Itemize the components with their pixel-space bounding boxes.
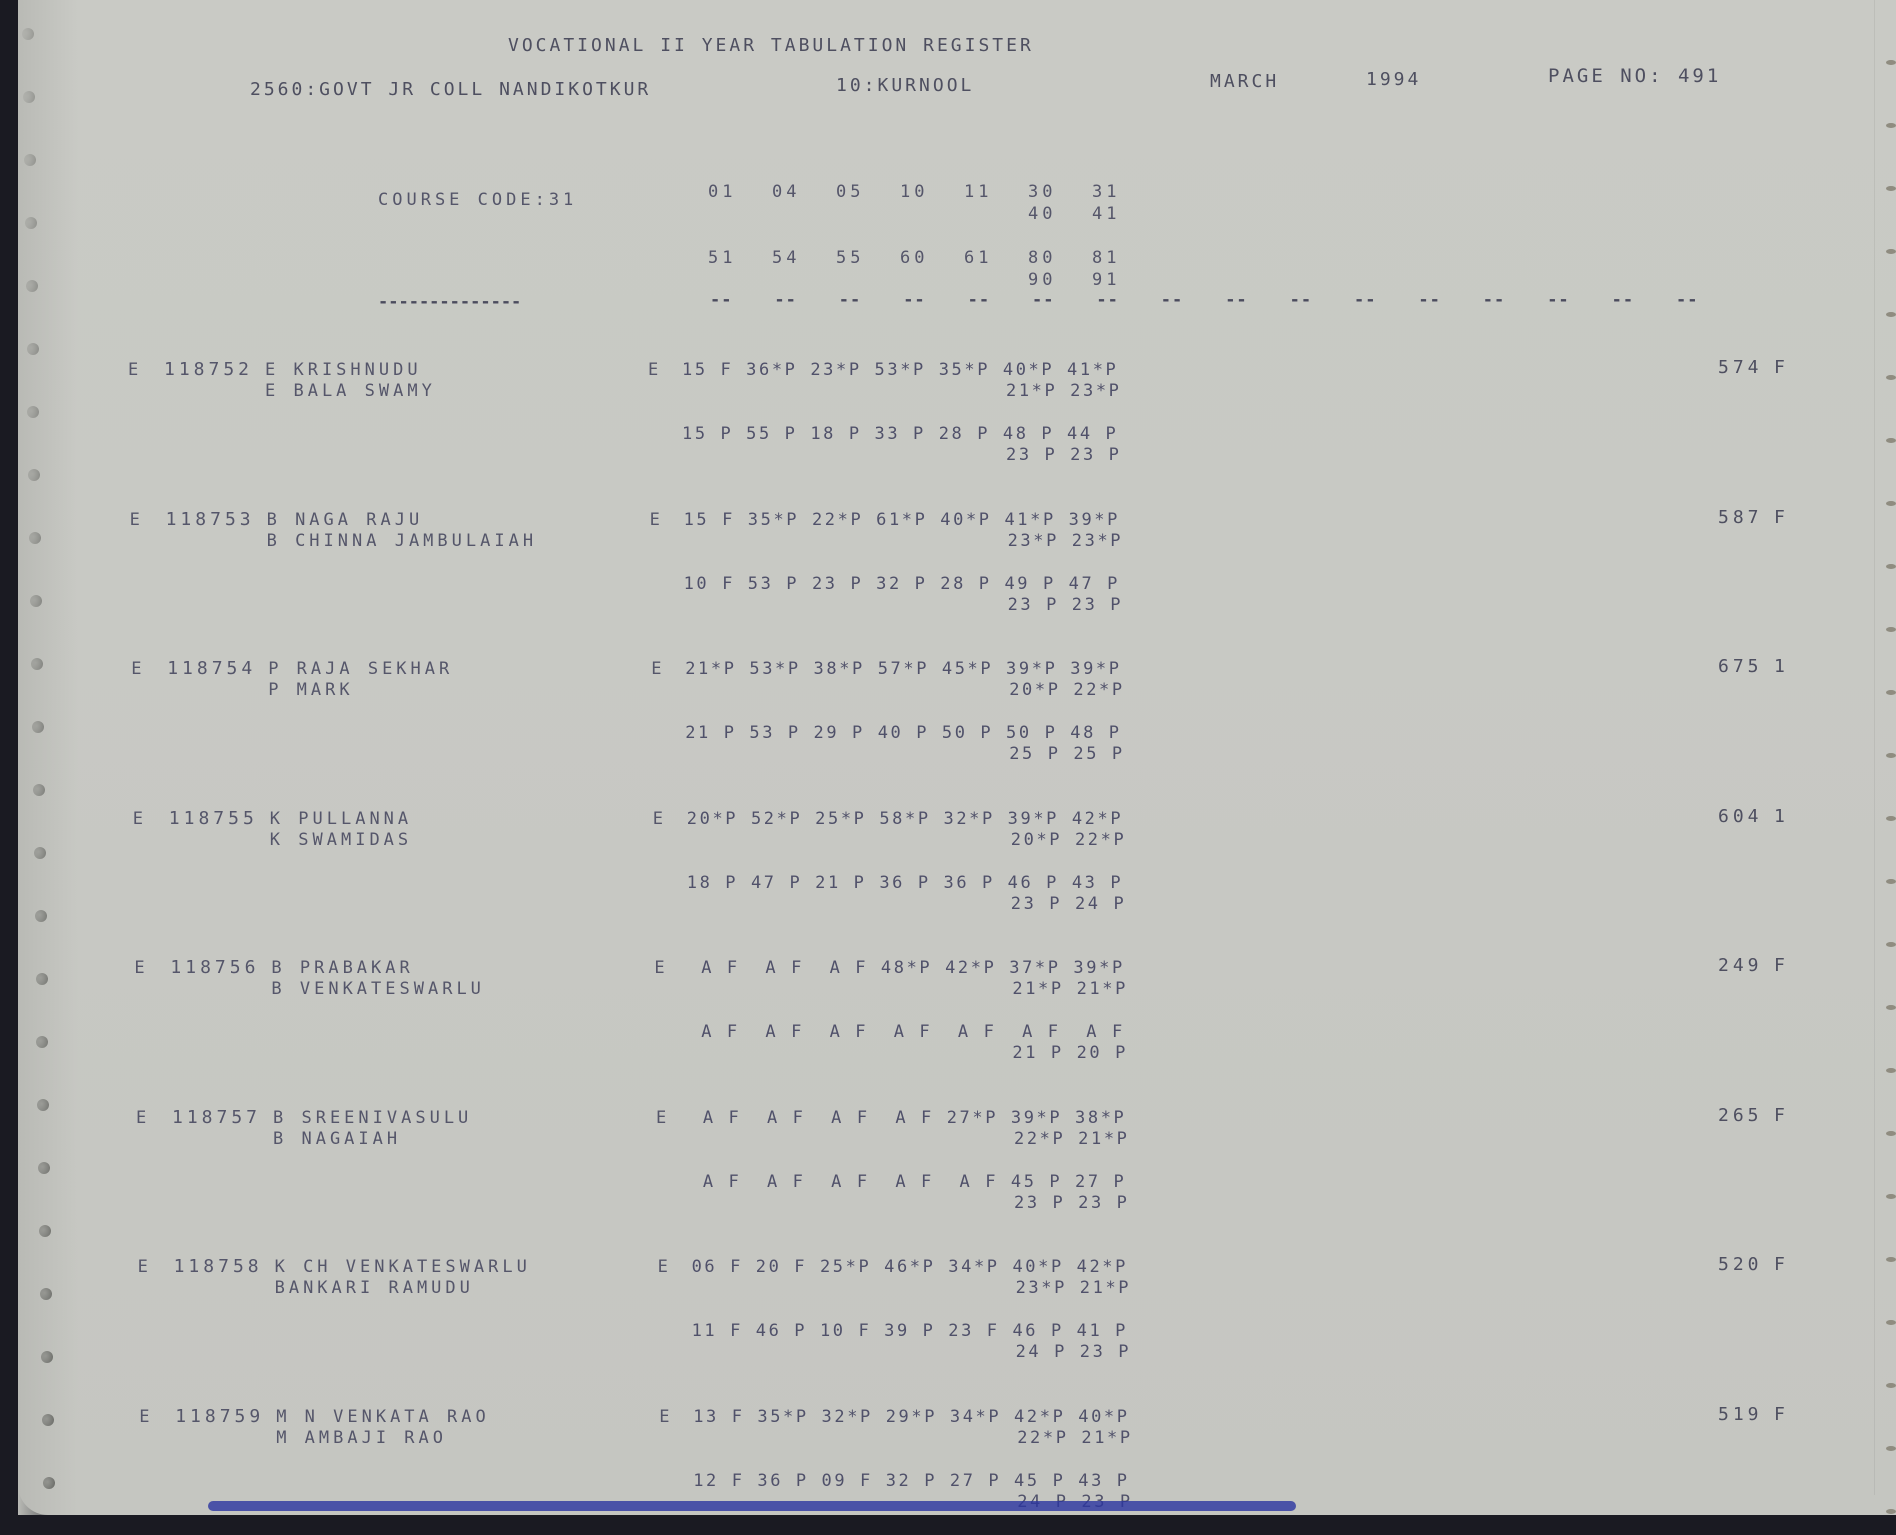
- stream-code: E: [658, 1257, 672, 1277]
- medium-code: E: [138, 1257, 152, 1277]
- feed-hole: [1886, 249, 1896, 254]
- column-divider: --: [774, 290, 796, 310]
- subject-code: 60: [900, 248, 928, 268]
- hall-ticket-number: 118759: [175, 1407, 264, 1427]
- feed-hole: [36, 1036, 48, 1048]
- father-name: P MARK: [268, 680, 353, 700]
- feed-hole: [40, 1288, 52, 1300]
- feed-hole: [35, 910, 47, 922]
- marks-line-1: 20*P 52*P 25*P 58*P 32*P 39*P 42*P: [687, 809, 1123, 829]
- candidate-name: B NAGA RAJU: [267, 510, 424, 530]
- feed-hole: [37, 1099, 49, 1111]
- subject-code: 51: [708, 248, 736, 268]
- feed-hole: [42, 1414, 54, 1426]
- marks-line-2: 12 F 36 P 09 F 32 P 27 P 45 P 43 P: [693, 1471, 1129, 1491]
- subject-code: 90: [1028, 270, 1056, 290]
- marks-line-1: 13 F 35*P 32*P 29*P 34*P 42*P 40*P: [693, 1407, 1129, 1427]
- stream-code: E: [651, 659, 665, 679]
- feed-hole: [28, 469, 40, 481]
- feed-hole: [1886, 879, 1896, 884]
- marks-line-1-extra: 23*P 21*P: [1016, 1278, 1132, 1298]
- subject-code: 01: [708, 182, 736, 202]
- medium-code: E: [130, 510, 144, 530]
- feed-hole: [1886, 564, 1896, 569]
- medium-code: E: [133, 809, 147, 829]
- marks-line-1-extra: 20*P 22*P: [1009, 680, 1125, 700]
- feed-hole: [1886, 1446, 1896, 1451]
- column-divider: --: [1096, 290, 1118, 310]
- total-marks: 249: [1718, 956, 1763, 976]
- feed-hole: [27, 406, 39, 418]
- result-code: 1: [1774, 657, 1789, 677]
- total-marks: 587: [1718, 508, 1763, 528]
- column-divider: --: [1547, 290, 1569, 310]
- column-divider: --: [968, 290, 990, 310]
- marks-line-2-extra: 23 P 23 P: [1014, 1193, 1130, 1213]
- total-marks: 265: [1718, 1106, 1763, 1126]
- exam-month: MARCH: [1210, 72, 1279, 92]
- marks-line-1: 15 F 36*P 23*P 53*P 35*P 40*P 41*P: [682, 360, 1118, 380]
- feed-hole: [43, 1477, 55, 1489]
- candidate-name: K CH VENKATESWARLU: [275, 1257, 531, 1277]
- candidate-name: P RAJA SEKHAR: [268, 659, 453, 679]
- marks-line-1-extra: 22*P 21*P: [1014, 1129, 1130, 1149]
- marks-line-2: 15 P 55 P 18 P 33 P 28 P 48 P 44 P: [682, 424, 1118, 444]
- candidate-name: K PULLANNA: [270, 809, 412, 829]
- column-divider: --: [710, 290, 732, 310]
- hall-ticket-number: 118752: [164, 360, 253, 380]
- feed-hole: [30, 595, 42, 607]
- register-title: VOCATIONAL II YEAR TABULATION REGISTER: [508, 36, 1034, 56]
- column-divider: --: [1676, 290, 1698, 310]
- hall-ticket-number: 118753: [166, 510, 255, 530]
- column-divider: --: [1418, 290, 1440, 310]
- medium-code: E: [131, 659, 145, 679]
- stream-code: E: [653, 809, 667, 829]
- candidate-name: B PRABAKAR: [271, 958, 413, 978]
- column-divider: --: [1032, 290, 1054, 310]
- result-code: F: [1774, 956, 1789, 976]
- marks-line-1: A F A F A F A F 27*P 39*P 38*P: [690, 1108, 1126, 1128]
- hall-ticket-number: 118754: [167, 659, 256, 679]
- marks-line-2: A F A F A F A F A F A F A F: [688, 1022, 1124, 1042]
- feed-hole: [38, 1162, 50, 1174]
- marks-line-1-extra: 21*P 21*P: [1012, 979, 1128, 999]
- marks-line-1: 06 F 20 F 25*P 46*P 34*P 40*P 42*P: [692, 1257, 1128, 1277]
- college-name: 2560:GOVT JR COLL NANDIKOTKUR: [250, 80, 651, 100]
- feed-hole: [1886, 186, 1896, 191]
- father-name: E BALA SWAMY: [265, 381, 436, 401]
- marks-line-2-extra: 21 P 20 P: [1012, 1043, 1128, 1063]
- feed-hole: [24, 154, 36, 166]
- result-code: F: [1774, 358, 1789, 378]
- subject-code: 61: [964, 248, 992, 268]
- subject-code: 54: [772, 248, 800, 268]
- fold-line: [1874, 0, 1875, 1495]
- result-code: F: [1774, 1106, 1789, 1126]
- subject-code: 10: [900, 182, 928, 202]
- stream-code: E: [654, 958, 668, 978]
- total-marks: 675: [1718, 657, 1763, 677]
- column-divider: --: [903, 290, 925, 310]
- medium-code: E: [136, 1108, 150, 1128]
- subject-code: 30: [1028, 182, 1056, 202]
- feed-hole: [1886, 1131, 1896, 1136]
- stream-code: E: [659, 1407, 673, 1427]
- medium-code: E: [128, 360, 142, 380]
- marks-line-2-extra: 23 P 24 P: [1011, 894, 1127, 914]
- feed-hole: [1886, 1005, 1896, 1010]
- stream-code: E: [650, 510, 664, 530]
- feed-hole: [33, 784, 45, 796]
- feed-hole: [1886, 438, 1896, 443]
- feed-hole: [22, 28, 34, 40]
- subject-code: 91: [1092, 270, 1120, 290]
- desk-edge: [208, 1501, 1296, 1511]
- subject-code: 41: [1092, 204, 1120, 224]
- feed-hole: [26, 280, 38, 292]
- course-code-label: COURSE CODE:31: [378, 190, 577, 210]
- feed-hole: [34, 847, 46, 859]
- marks-line-1-extra: 21*P 23*P: [1006, 381, 1122, 401]
- marks-line-1: A F A F A F 48*P 42*P 37*P 39*P: [688, 958, 1124, 978]
- hall-ticket-number: 118756: [170, 958, 259, 978]
- marks-line-1-extra: 20*P 22*P: [1011, 830, 1127, 850]
- column-divider: --: [1290, 290, 1312, 310]
- feed-hole: [1886, 312, 1896, 317]
- column-divider: --: [1612, 290, 1634, 310]
- marks-line-2-extra: 25 P 25 P: [1009, 744, 1125, 764]
- father-name: B NAGAIAH: [273, 1129, 401, 1149]
- marks-line-2: 11 F 46 P 10 F 39 P 23 F 46 P 41 P: [692, 1321, 1128, 1341]
- feed-hole: [39, 1225, 51, 1237]
- father-name: K SWAMIDAS: [270, 830, 412, 850]
- feed-hole: [1886, 627, 1896, 632]
- feed-hole: [1886, 60, 1896, 65]
- candidate-name: M N VENKATA RAO: [276, 1407, 490, 1427]
- medium-code: E: [139, 1407, 153, 1427]
- hall-ticket-number: 118755: [169, 809, 258, 829]
- column-divider: --: [1161, 290, 1183, 310]
- marks-line-1: 15 F 35*P 22*P 61*P 40*P 41*P 39*P: [684, 510, 1120, 530]
- stream-code: E: [648, 360, 662, 380]
- father-name: M AMBAJI RAO: [276, 1428, 447, 1448]
- feed-hole: [1886, 501, 1896, 506]
- marks-line-2: 21 P 53 P 29 P 40 P 50 P 50 P 48 P: [685, 723, 1121, 743]
- total-marks: 520: [1718, 1255, 1763, 1275]
- marks-line-2-extra: 23 P 23 P: [1006, 445, 1122, 465]
- feed-hole: [32, 721, 44, 733]
- result-code: F: [1774, 1255, 1789, 1275]
- father-name: B CHINNA JAMBULAIAH: [267, 531, 537, 551]
- feed-hole: [23, 91, 35, 103]
- feed-hole: [1886, 690, 1896, 695]
- marks-line-1: 21*P 53*P 38*P 57*P 45*P 39*P 39*P: [685, 659, 1121, 679]
- marks-line-2: A F A F A F A F A F 45 P 27 P: [690, 1172, 1126, 1192]
- district-name: 10:KURNOOL: [836, 76, 974, 96]
- feed-hole: [36, 973, 48, 985]
- total-marks: 604: [1718, 807, 1763, 827]
- feed-hole: [1886, 1320, 1896, 1325]
- medium-code: E: [134, 958, 148, 978]
- hall-ticket-number: 118758: [174, 1257, 263, 1277]
- feed-hole: [1886, 942, 1896, 947]
- feed-hole: [1886, 1194, 1896, 1199]
- result-code: F: [1774, 508, 1789, 528]
- subject-code: 40: [1028, 204, 1056, 224]
- father-name: BANKARI RAMUDU: [275, 1278, 474, 1298]
- feed-hole: [1886, 375, 1896, 380]
- feed-hole: [1886, 753, 1896, 758]
- marks-line-2: 18 P 47 P 21 P 36 P 36 P 46 P 43 P: [687, 873, 1123, 893]
- feed-hole: [1886, 1383, 1896, 1388]
- column-divider: --: [1225, 290, 1247, 310]
- marks-line-2: 10 F 53 P 23 P 32 P 28 P 49 P 47 P: [684, 574, 1120, 594]
- feed-hole: [41, 1351, 53, 1363]
- subject-code: 04: [772, 182, 800, 202]
- subject-code: 31: [1092, 182, 1120, 202]
- header-underline: --------------: [378, 292, 521, 312]
- stream-code: E: [656, 1108, 670, 1128]
- feed-hole: [25, 217, 37, 229]
- hall-ticket-number: 118757: [172, 1108, 261, 1128]
- feed-hole: [31, 658, 43, 670]
- printout-page: VOCATIONAL II YEAR TABULATION REGISTER 2…: [18, 0, 1896, 1515]
- feed-hole: [1886, 1509, 1896, 1514]
- column-divider: --: [839, 290, 861, 310]
- result-code: F: [1774, 1405, 1789, 1425]
- subject-code: 80: [1028, 248, 1056, 268]
- marks-line-1-extra: 22*P 21*P: [1017, 1428, 1133, 1448]
- feed-hole: [1886, 1068, 1896, 1073]
- marks-line-1-extra: 23*P 23*P: [1008, 531, 1124, 551]
- total-marks: 574: [1718, 358, 1763, 378]
- feed-hole: [1886, 123, 1896, 128]
- exam-year: 1994: [1366, 70, 1421, 90]
- column-divider: --: [1483, 290, 1505, 310]
- feed-hole: [1886, 816, 1896, 821]
- candidate-name: E KRISHNUDU: [265, 360, 422, 380]
- father-name: B VENKATESWARLU: [271, 979, 485, 999]
- total-marks: 519: [1718, 1405, 1763, 1425]
- feed-hole: [27, 343, 39, 355]
- subject-code: 81: [1092, 248, 1120, 268]
- feed-hole: [29, 532, 41, 544]
- candidate-name: B SREENIVASULU: [273, 1108, 472, 1128]
- column-divider: --: [1354, 290, 1376, 310]
- marks-line-2-extra: 24 P 23 P: [1016, 1342, 1132, 1362]
- feed-hole: [1886, 1257, 1896, 1262]
- marks-line-2-extra: 23 P 23 P: [1008, 595, 1124, 615]
- result-code: 1: [1774, 807, 1789, 827]
- subject-code: 11: [964, 182, 992, 202]
- subject-code: 55: [836, 248, 864, 268]
- subject-code: 05: [836, 182, 864, 202]
- page-number: PAGE NO: 491: [1548, 66, 1721, 86]
